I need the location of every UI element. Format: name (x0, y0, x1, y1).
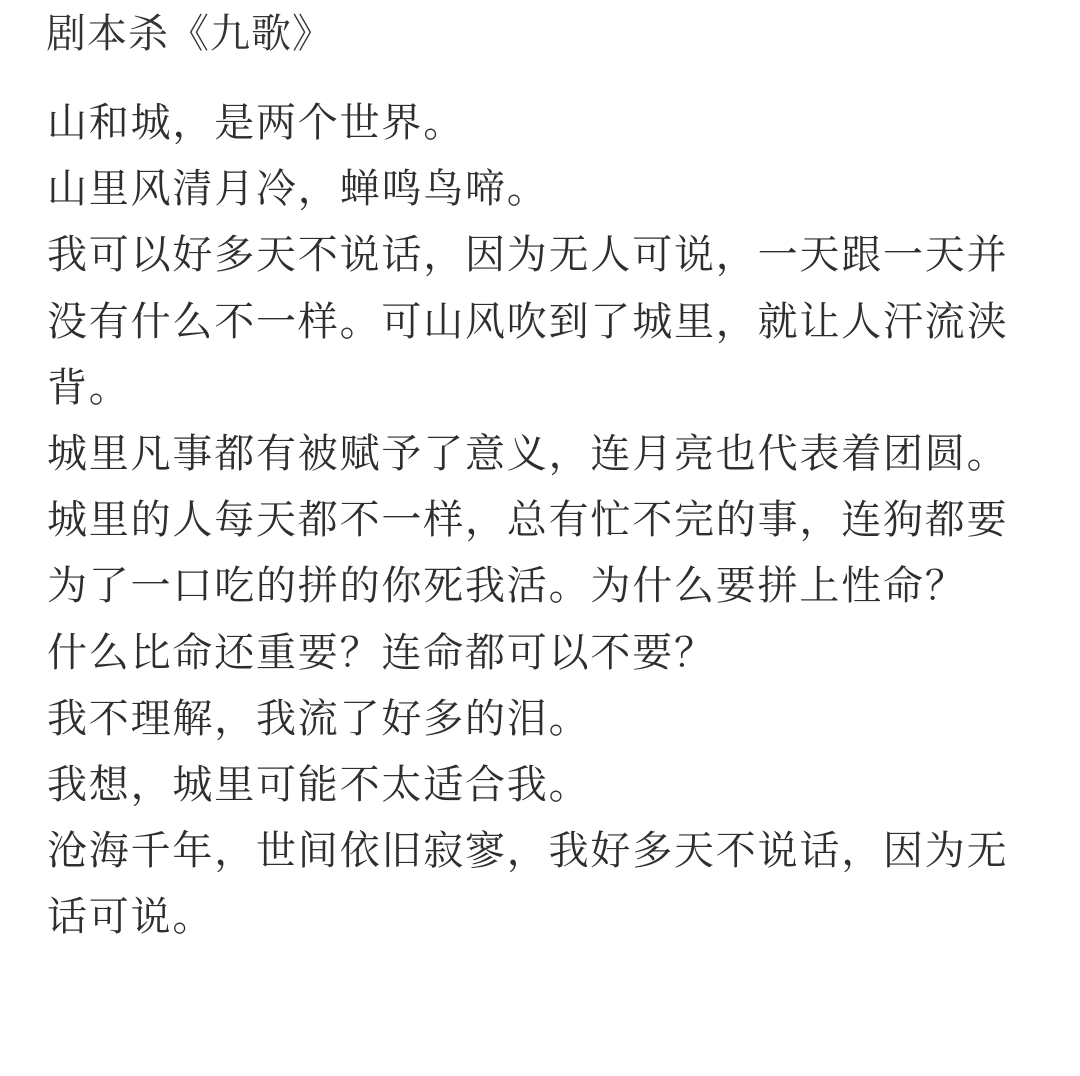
paragraph: 我想，城里可能不太适合我。 (47, 752, 1017, 818)
paragraph: 城里的人每天都不一样，总有忙不完的事，连狗都要为了一口吃的拼的你死我活。为什么要… (47, 487, 1017, 619)
document-title: 剧本杀《九歌》 (46, 4, 333, 64)
paragraph: 山里风清月冷，蝉鸣鸟啼。 (47, 156, 1017, 222)
paragraph: 什么比命还重要？连命都可以不要？ (47, 620, 1017, 686)
paragraph: 山和城，是两个世界。 (47, 90, 1017, 156)
document-page: 剧本杀《九歌》 山和城，是两个世界。 山里风清月冷，蝉鸣鸟啼。 我可以好多天不说… (0, 0, 1080, 1076)
paragraph: 城里凡事都有被赋予了意义，连月亮也代表着团圆。 (47, 421, 1017, 487)
paragraph: 我可以好多天不说话，因为无人可说，一天跟一天并没有什么不一样。可山风吹到了城里，… (47, 222, 1017, 421)
paragraph: 沧海千年，世间依旧寂寥，我好多天不说话，因为无话可说。 (47, 818, 1017, 950)
document-body: 山和城，是两个世界。 山里风清月冷，蝉鸣鸟啼。 我可以好多天不说话，因为无人可说… (47, 90, 1017, 951)
paragraph: 我不理解，我流了好多的泪。 (47, 686, 1017, 752)
